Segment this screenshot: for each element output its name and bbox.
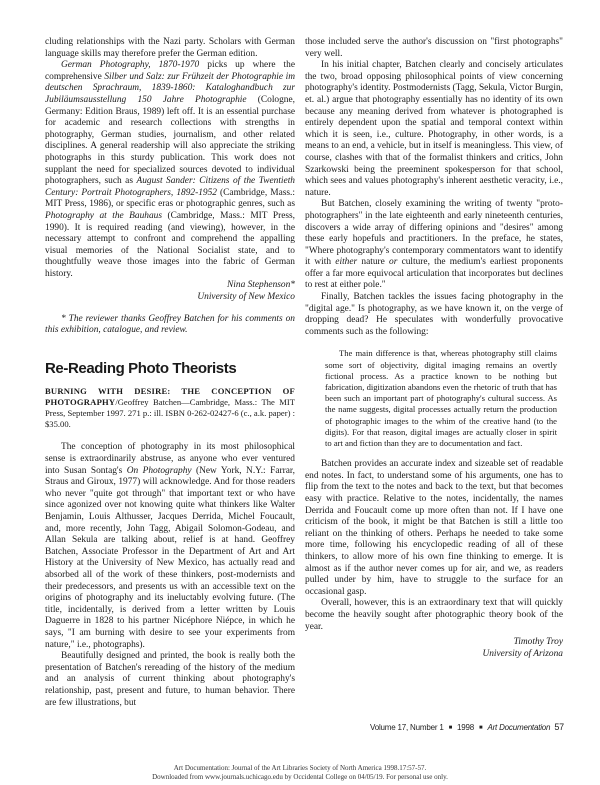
right-column: those included serve the author's discus…	[305, 37, 563, 660]
footnote: * The reviewer thanks Geoffrey Batchen f…	[45, 314, 295, 337]
reviewer-name: Nina Stephenson*	[45, 280, 295, 292]
book-title: Photography at the Bauhaus	[45, 211, 162, 221]
bullet-icon: ■	[449, 725, 452, 731]
book-title: German Photography, 1870-1970	[61, 60, 199, 70]
review-paragraph: Batchen provides an accurate index and s…	[305, 459, 563, 598]
review-paragraph: those included serve the author's discus…	[305, 37, 563, 60]
continued-paragraph: cluding relationships with the Nazi part…	[45, 37, 295, 60]
bullet-icon: ■	[479, 725, 482, 731]
reviewer-affiliation: University of New Mexico	[45, 292, 295, 304]
book-citation: BURNING WITH DESIRE: THE CONCEPTION OF P…	[45, 386, 295, 430]
review-paragraph: The conception of photography in its mos…	[45, 442, 295, 651]
review-paragraph: Finally, Batchen tackles the issues faci…	[305, 292, 563, 338]
running-footer: Volume 17, Number 1■1998■Art Documentati…	[370, 723, 570, 732]
citation-line: Art Documentation: Journal of the Art Li…	[0, 764, 600, 773]
left-column: cluding relationships with the Nazi part…	[45, 37, 295, 709]
block-quote: The main difference is that, whereas pho…	[325, 348, 557, 449]
year: 1998	[457, 723, 474, 732]
review-paragraph: In his initial chapter, Batchen clearly …	[305, 60, 563, 199]
volume-info: Volume 17, Number 1	[370, 723, 444, 732]
reviewer-affiliation: University of Arizona	[305, 649, 563, 661]
section-heading: Re-Reading Photo Theorists	[45, 363, 295, 375]
review-paragraph: German Photography, 1870-1970 picks up w…	[45, 60, 295, 280]
download-notice: Art Documentation: Journal of the Art Li…	[0, 764, 600, 782]
reviewer-name: Timothy Troy	[305, 637, 563, 649]
review-paragraph: But Batchen, closely examining the writi…	[305, 199, 563, 292]
page-number: 57	[554, 722, 564, 732]
book-title: On Photography	[127, 466, 192, 476]
journal-name: Art Documentation	[487, 723, 550, 732]
download-line: Downloaded from www.journals.uchicago.ed…	[0, 773, 600, 782]
review-paragraph: Beautifully designed and printed, the bo…	[45, 651, 295, 709]
review-paragraph: Overall, however, this is an extraordina…	[305, 598, 563, 633]
